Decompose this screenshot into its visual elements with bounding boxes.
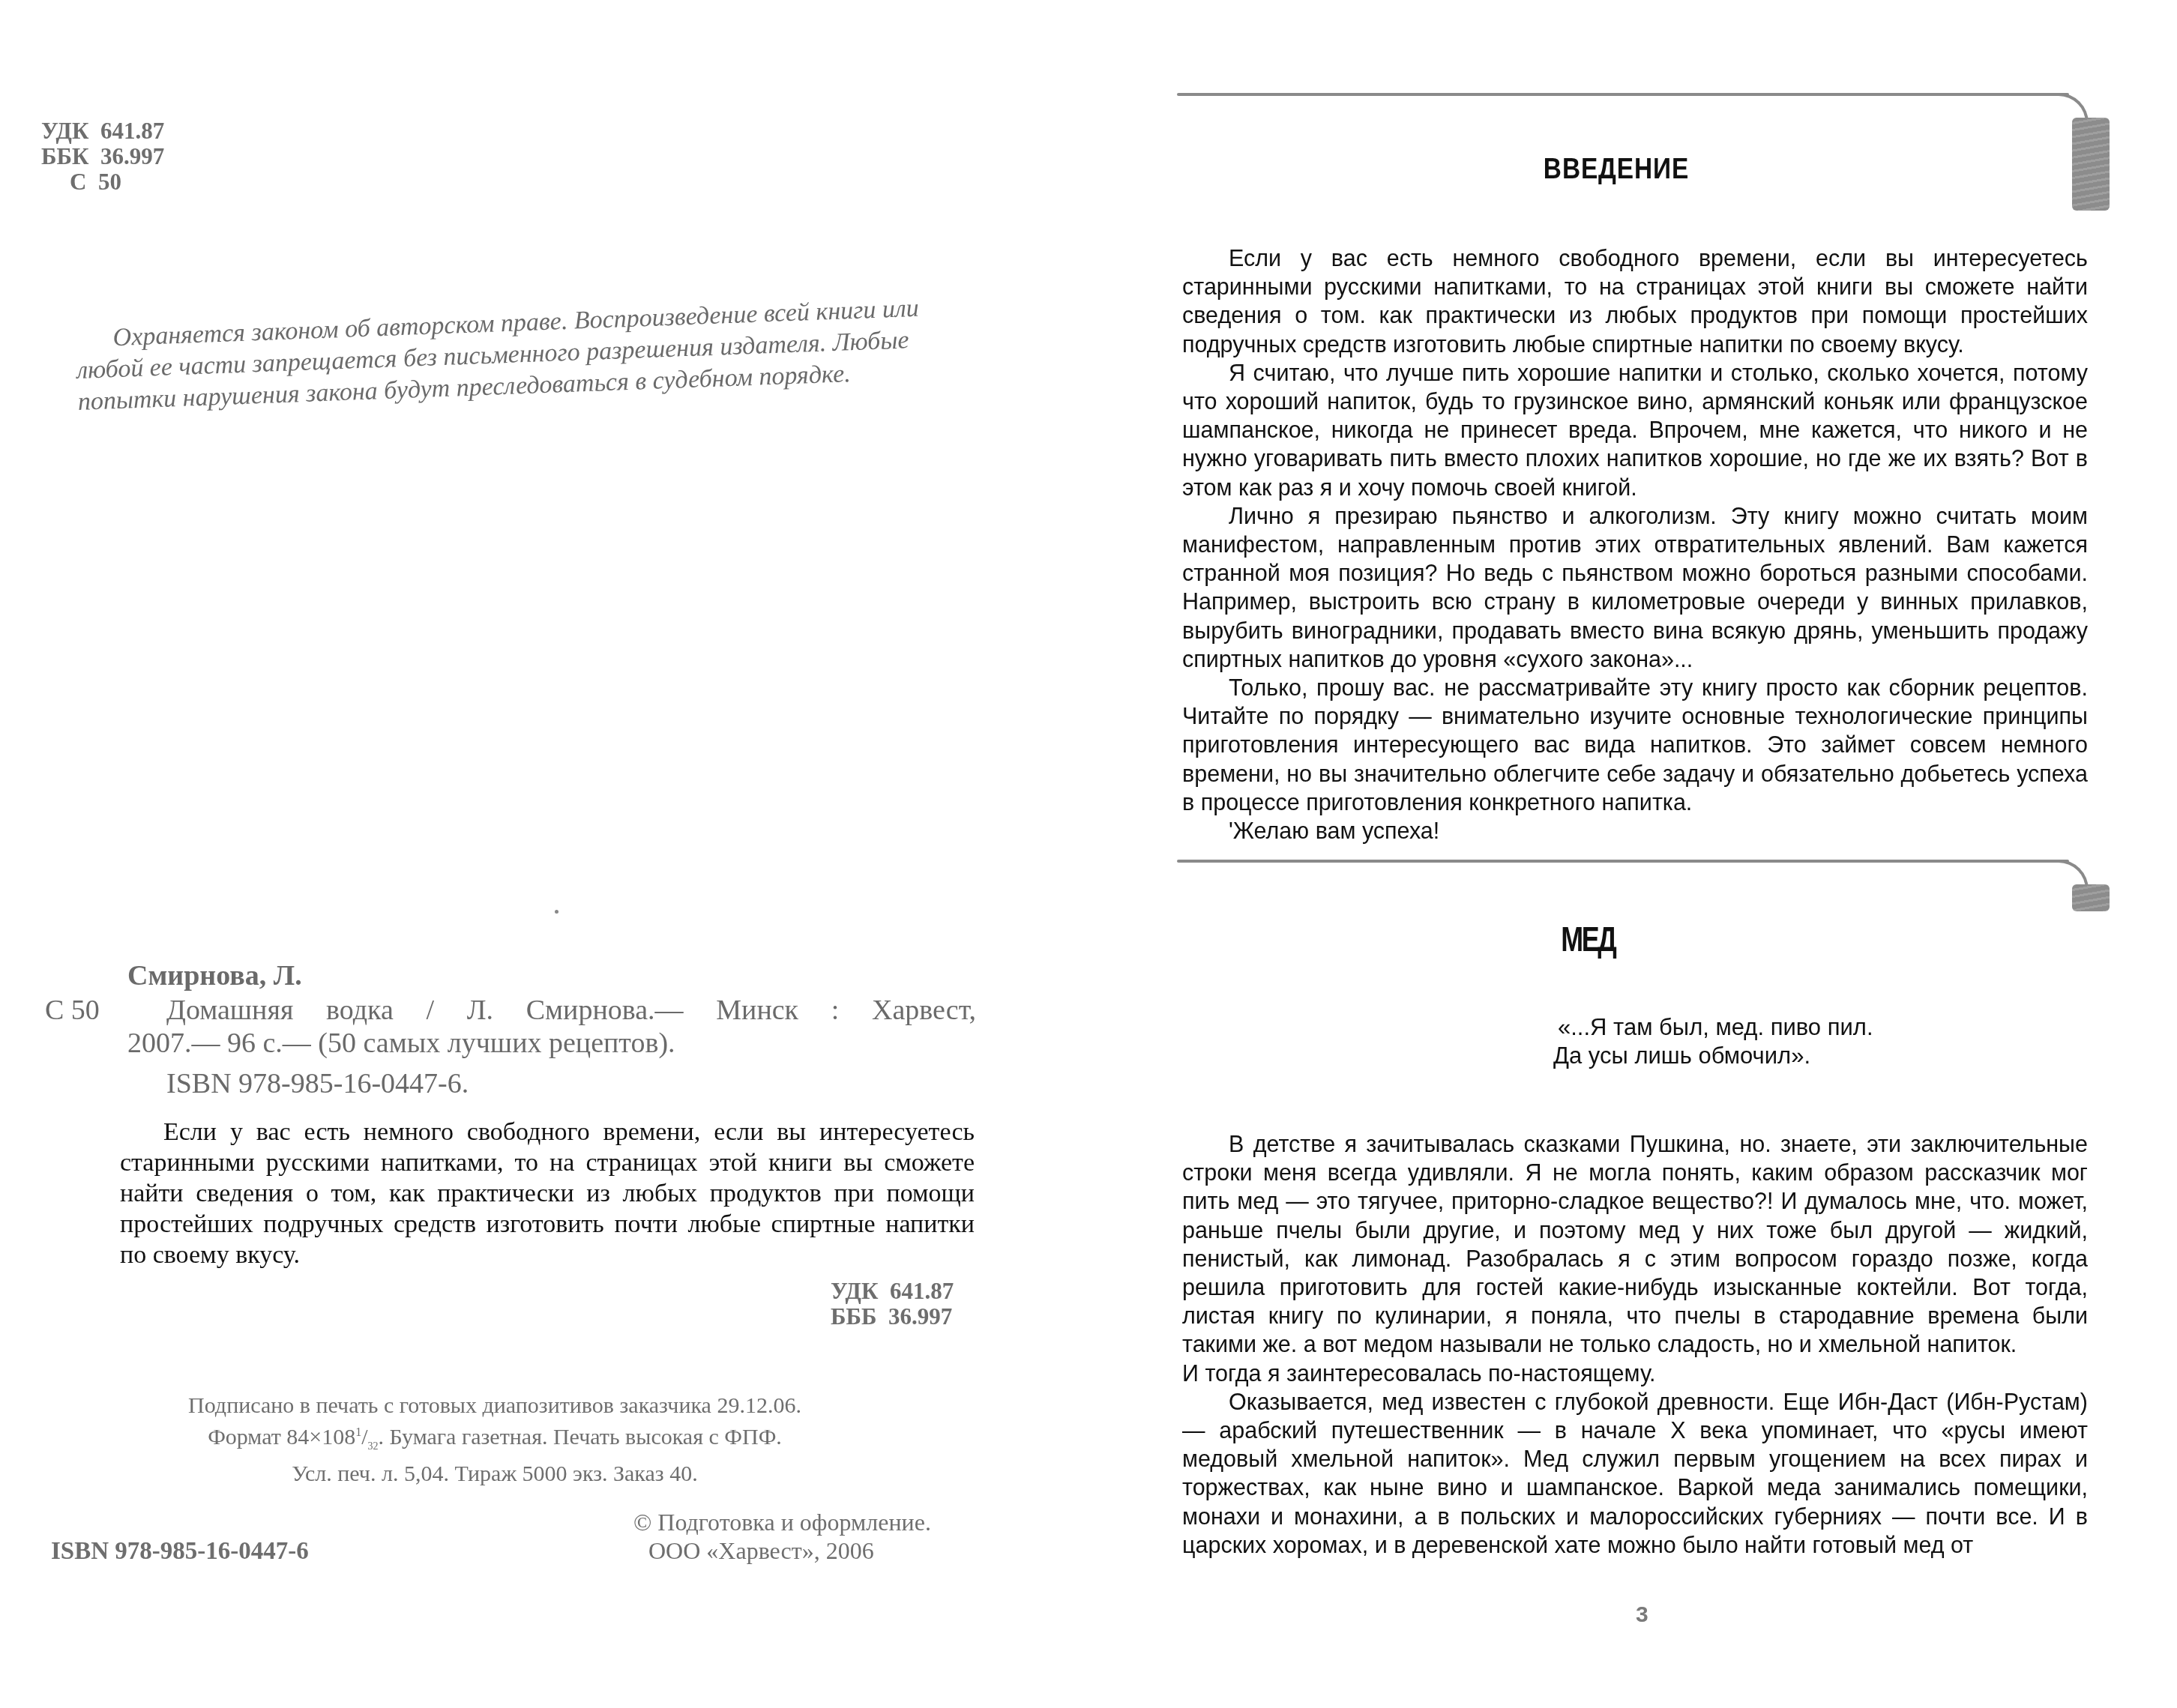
classification-codes-bottom: УДК 641.87 БББ 36.997 bbox=[831, 1279, 954, 1330]
scan-speck bbox=[555, 910, 558, 914]
copyright-notice: Охраняется законом об авторском праве. В… bbox=[75, 292, 940, 418]
bbk-code-bottom: БББ 36.997 bbox=[831, 1304, 954, 1330]
book-title-line: Домашняя водка / Л. Смирнова.— Минск : Х… bbox=[166, 994, 976, 1027]
book-isbn: ISBN 978-985-16-0447-6. bbox=[166, 1067, 469, 1100]
imprint-format: Формат 84×1081/32. Бумага газетная. Печа… bbox=[97, 1419, 892, 1461]
print-imprint: Подписано в печать с готовых диапозитиво… bbox=[97, 1392, 892, 1488]
copyright-line-2: ООО «Харвест», 2006 bbox=[633, 1536, 931, 1565]
copyright-page: УДК 641.87 ББК 36.997 С 50 Охраняется за… bbox=[0, 0, 1088, 1708]
epigraph-line-2: Да усы лишь обмочил». bbox=[1553, 1042, 1873, 1070]
paragraph: Лично я презираю пьянство и алкоголизм. … bbox=[1182, 502, 2088, 674]
tab-ornament-icon bbox=[2072, 884, 2110, 911]
header-rule-divider bbox=[1177, 93, 2069, 96]
imprint-signed: Подписано в печать с готовых диапозитиво… bbox=[97, 1392, 892, 1419]
med-heading-text: МЕД bbox=[1561, 919, 1615, 959]
section-heading-med: МЕД bbox=[1088, 919, 2177, 959]
book-annotation: Если у вас есть немного свободного време… bbox=[120, 1117, 975, 1270]
udk-code-bottom: УДК 641.87 bbox=[831, 1279, 954, 1304]
format-fraction-numerator: 1 bbox=[355, 1426, 361, 1439]
section-rule-divider bbox=[1177, 860, 2069, 863]
format-fraction-denominator: 32 bbox=[368, 1441, 379, 1452]
content-page: ВВЕДЕНИЕ Если у вас есть немного свободн… bbox=[1088, 0, 2177, 1708]
publisher-copyright: © Подготовка и оформление. ООО «Харвест»… bbox=[633, 1508, 931, 1565]
udk-code: УДК 641.87 bbox=[41, 118, 164, 144]
annotation-text: Если у вас есть немного свободного време… bbox=[120, 1117, 975, 1270]
classification-codes-top: УДК 641.87 ББК 36.997 С 50 bbox=[41, 118, 164, 195]
paragraph: В детстве я зачитывалась сказками Пушкин… bbox=[1182, 1130, 2088, 1360]
format-paper-text: . Бумага газетная. Печать высокая с ФПФ. bbox=[379, 1425, 782, 1449]
imprint-run: Усл. печ. л. 5,04. Тираж 5000 экз. Заказ… bbox=[97, 1461, 892, 1488]
paragraph: Я считаю, что лучше пить хорошие напитки… bbox=[1182, 359, 2088, 502]
format-text: Формат 84×108 bbox=[208, 1425, 355, 1449]
paragraph: 'Желаю вам успеха! bbox=[1182, 817, 2088, 845]
page-number: 3 bbox=[1636, 1602, 1648, 1628]
paragraph: Если у вас есть немного свободного време… bbox=[1182, 244, 2088, 359]
book-details-line: 2007.— 96 с.— (50 самых лучших рецептов)… bbox=[127, 1027, 675, 1060]
author-sign-code: С 50 bbox=[41, 169, 164, 195]
paragraph: Оказывается, мед известен с глубокой дре… bbox=[1182, 1388, 2088, 1560]
book-code: С 50 bbox=[45, 994, 100, 1027]
copyright-line-1: © Подготовка и оформление. bbox=[633, 1508, 931, 1536]
book-author: Смирнова, Л. bbox=[127, 959, 302, 992]
paragraph: И тогда я заинтересовалась по-настоящему… bbox=[1182, 1360, 2088, 1388]
section-heading-intro: ВВЕДЕНИЕ bbox=[1154, 154, 2112, 186]
epigraph: «...Я там был, мед. пиво пил. Да усы лиш… bbox=[1553, 1013, 1873, 1070]
epigraph-line-1: «...Я там был, мед. пиво пил. bbox=[1553, 1013, 1873, 1042]
intro-body: Если у вас есть немного свободного време… bbox=[1182, 244, 2088, 845]
intro-heading-text: ВВЕДЕНИЕ bbox=[1544, 154, 1689, 185]
paragraph: Только, прошу вас. не рассматривайте эту… bbox=[1182, 674, 2088, 817]
copyright-notice-text: Охраняется законом об авторском праве. В… bbox=[75, 292, 940, 418]
isbn-bottom: ISBN 978-985-16-0447-6 bbox=[51, 1538, 309, 1566]
bbk-code: ББК 36.997 bbox=[41, 144, 164, 169]
med-body: В детстве я зачитывалась сказками Пушкин… bbox=[1182, 1130, 2088, 1560]
